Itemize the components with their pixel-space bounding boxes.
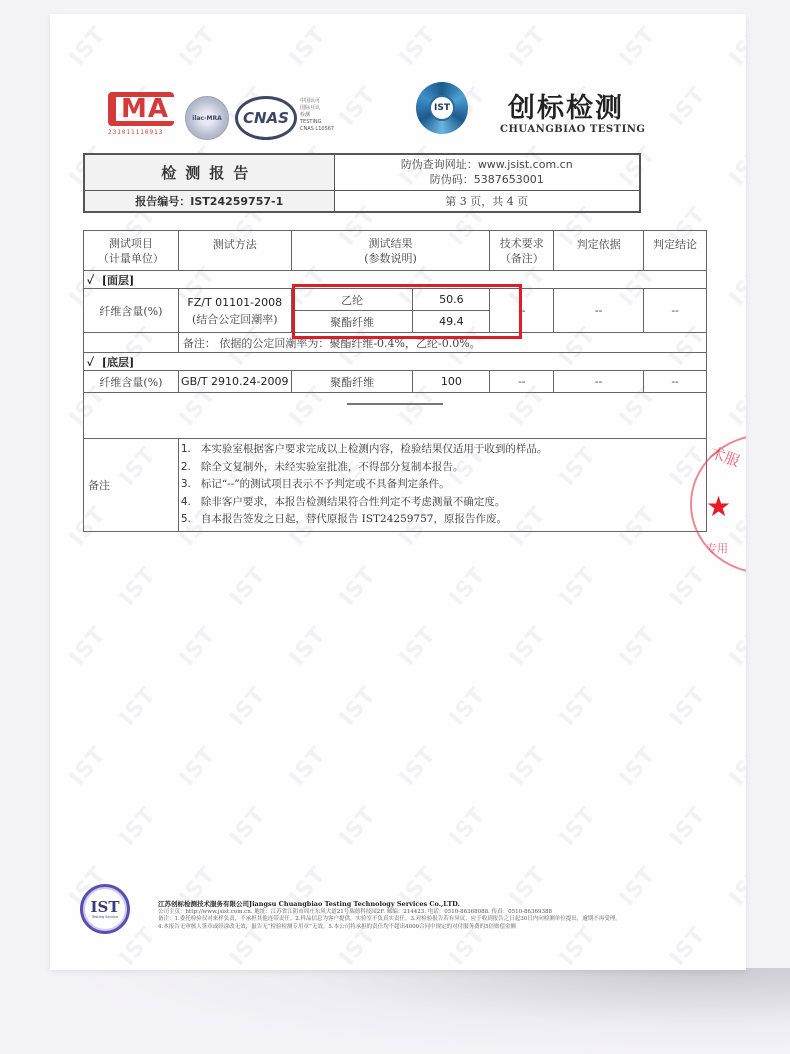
watermark: IST	[615, 742, 661, 790]
brand-name-en: CHUANGBIAO TESTING	[500, 124, 645, 135]
watermark: IST	[445, 562, 491, 610]
ilac-mra-logo: ilac-MRA	[185, 96, 229, 140]
col-header-item: 测试项目（计量单位）	[84, 231, 179, 271]
watermark: IST	[285, 22, 331, 70]
table-row: 纤维含量(%) GB/T 2910.24-2009 聚酯纤维 100 -- --…	[84, 371, 707, 393]
ist-logo: IST	[416, 82, 468, 134]
watermark: IST	[615, 22, 661, 70]
watermark: IST	[725, 382, 746, 430]
anti-fake-info: 防伪查询网址：www.jsist.com.cn 防伪码：5387653001	[334, 154, 640, 190]
watermark: IST	[65, 622, 111, 670]
watermark: IST	[555, 682, 601, 730]
watermark: IST	[505, 622, 551, 670]
remark-item: 2.除全文复制外，未经实验室批准，不得部分复制本报告。	[179, 459, 706, 477]
note-row: 备注： 依据的公定回潮率为：聚酯纤维-0.4%，乙纶-0.0%。	[84, 333, 707, 353]
watermark: IST	[445, 802, 491, 850]
test-results-table: 测试项目（计量单位） 测试方法 测试结果(参数说明) 技术要求（备注） 判定依据…	[83, 230, 707, 532]
col-header-result: 测试结果(参数说明)	[291, 231, 490, 271]
remarks-list: 1.本实验室根据客户要求完成以上检测内容，检验结果仅适用于收到的样品。2.除全文…	[179, 441, 706, 529]
cma-logo: MA 231011110913	[108, 92, 178, 140]
section-row-surface: ✓ [面层]	[84, 271, 707, 289]
page-shadow	[60, 968, 790, 1054]
watermark: IST	[665, 82, 711, 130]
watermark: IST	[285, 622, 331, 670]
watermark: IST	[665, 802, 711, 850]
cma-number: 231011110913	[108, 129, 178, 136]
watermark: IST	[725, 622, 746, 670]
fiber-name: 聚酯纤维	[291, 371, 413, 393]
end-line	[347, 403, 443, 405]
col-header-conclusion: 判定结论	[644, 231, 707, 271]
remark-item: 1.本实验室根据客户要求完成以上检测内容，检验结果仅适用于收到的样品。	[179, 441, 706, 459]
watermark: IST	[555, 802, 601, 850]
watermark: IST	[615, 622, 661, 670]
watermark: IST	[65, 22, 111, 70]
section-row-bottom: ✓ [底层]	[84, 353, 707, 371]
test-method: FZ/T 01101-2008(结合公定回潮率)	[178, 289, 291, 333]
end-of-results-row	[84, 393, 707, 439]
report-page: ISTISTISTISTISTISTISTISTISTISTISTISTISTI…	[50, 14, 746, 970]
brand-name-cn: 创标检测	[508, 86, 624, 125]
cnas-accreditation-text: 中国认可 国际互认 检测 TESTING CNAS L10567	[300, 98, 334, 133]
watermark: IST	[115, 682, 161, 730]
watermark: IST	[505, 22, 551, 70]
col-header-method: 测试方法	[178, 231, 291, 271]
remarks-label: 备注	[84, 439, 179, 532]
watermark: IST	[335, 82, 381, 130]
table-row: 纤维含量(%) FZ/T 01101-2008(结合公定回潮率) 乙纶 50.6…	[84, 289, 707, 311]
watermark: IST	[335, 802, 381, 850]
star-icon: ★	[706, 490, 731, 523]
watermark: IST	[725, 502, 746, 550]
report-number: 报告编号：IST24259757-1	[84, 190, 334, 212]
watermark: IST	[285, 742, 331, 790]
watermark: IST	[665, 562, 711, 610]
report-header-table: 检测报告 防伪查询网址：www.jsist.com.cn 防伪码：5387653…	[83, 153, 641, 213]
page-info: 第 3 页，共 4 页	[334, 190, 640, 212]
table-header-row: 测试项目（计量单位） 测试方法 测试结果(参数说明) 技术要求（备注） 判定依据…	[84, 231, 707, 271]
report-title: 检测报告	[84, 154, 334, 190]
watermark: IST	[115, 922, 161, 970]
watermark: IST	[335, 682, 381, 730]
watermark: IST	[725, 142, 746, 190]
fiber-name: 乙纶	[291, 289, 413, 311]
fiber-name: 聚酯纤维	[291, 311, 413, 333]
watermark: IST	[725, 742, 746, 790]
watermark: IST	[505, 742, 551, 790]
anti-fake-code: 5387653001	[474, 173, 544, 186]
company-name: 江苏创标检测技术服务有限公司Jiangsu Chuangbiao Testing…	[158, 901, 718, 909]
watermark: IST	[395, 22, 441, 70]
watermark: IST	[725, 262, 746, 310]
remark-item: 5.自本报告签发之日起，替代原报告 IST24259757，原报告作废。	[179, 511, 706, 529]
watermark: IST	[725, 862, 746, 910]
watermark: IST	[175, 622, 221, 670]
cnas-logo: CNAS	[235, 96, 297, 140]
watermark: IST	[445, 682, 491, 730]
anti-fake-url[interactable]: www.jsist.com.cn	[478, 158, 573, 171]
test-method: GB/T 2910.24-2009	[178, 371, 291, 393]
fiber-value: 100	[413, 371, 490, 393]
watermark: IST	[225, 682, 271, 730]
watermark: IST	[395, 742, 441, 790]
footer-company-info: 江苏创标检测技术服务有限公司Jiangsu Chuangbiao Testing…	[158, 901, 718, 931]
watermark: IST	[665, 682, 711, 730]
remark-item: 3.标记“--”的测试项目表示不予判定或不具备判定条件。	[179, 476, 706, 494]
col-header-requirement: 技术要求（备注）	[490, 231, 554, 271]
watermark: IST	[115, 562, 161, 610]
watermark: IST	[175, 742, 221, 790]
watermark: IST	[225, 802, 271, 850]
fiber-value: 50.6	[413, 289, 490, 311]
moisture-regain-note: 备注： 依据的公定回潮率为：聚酯纤维-0.4%，乙纶-0.0%。	[178, 333, 706, 353]
footer-ist-seal: IST Testing Service	[80, 884, 130, 934]
watermark: IST	[335, 562, 381, 610]
col-header-basis: 判定依据	[554, 231, 644, 271]
fiber-value: 49.4	[413, 311, 490, 333]
watermark: IST	[725, 22, 746, 70]
watermark: IST	[115, 802, 161, 850]
watermark: IST	[65, 742, 111, 790]
watermark: IST	[175, 22, 221, 70]
remarks-row: 备注 1.本实验室根据客户要求完成以上检测内容，检验结果仅适用于收到的样品。2.…	[84, 439, 707, 532]
watermark: IST	[395, 622, 441, 670]
watermark: IST	[225, 562, 271, 610]
remark-item: 4.除非客户要求，本报告检测结果符合性判定不考虑测量不确定度。	[179, 494, 706, 512]
watermark: IST	[555, 562, 601, 610]
